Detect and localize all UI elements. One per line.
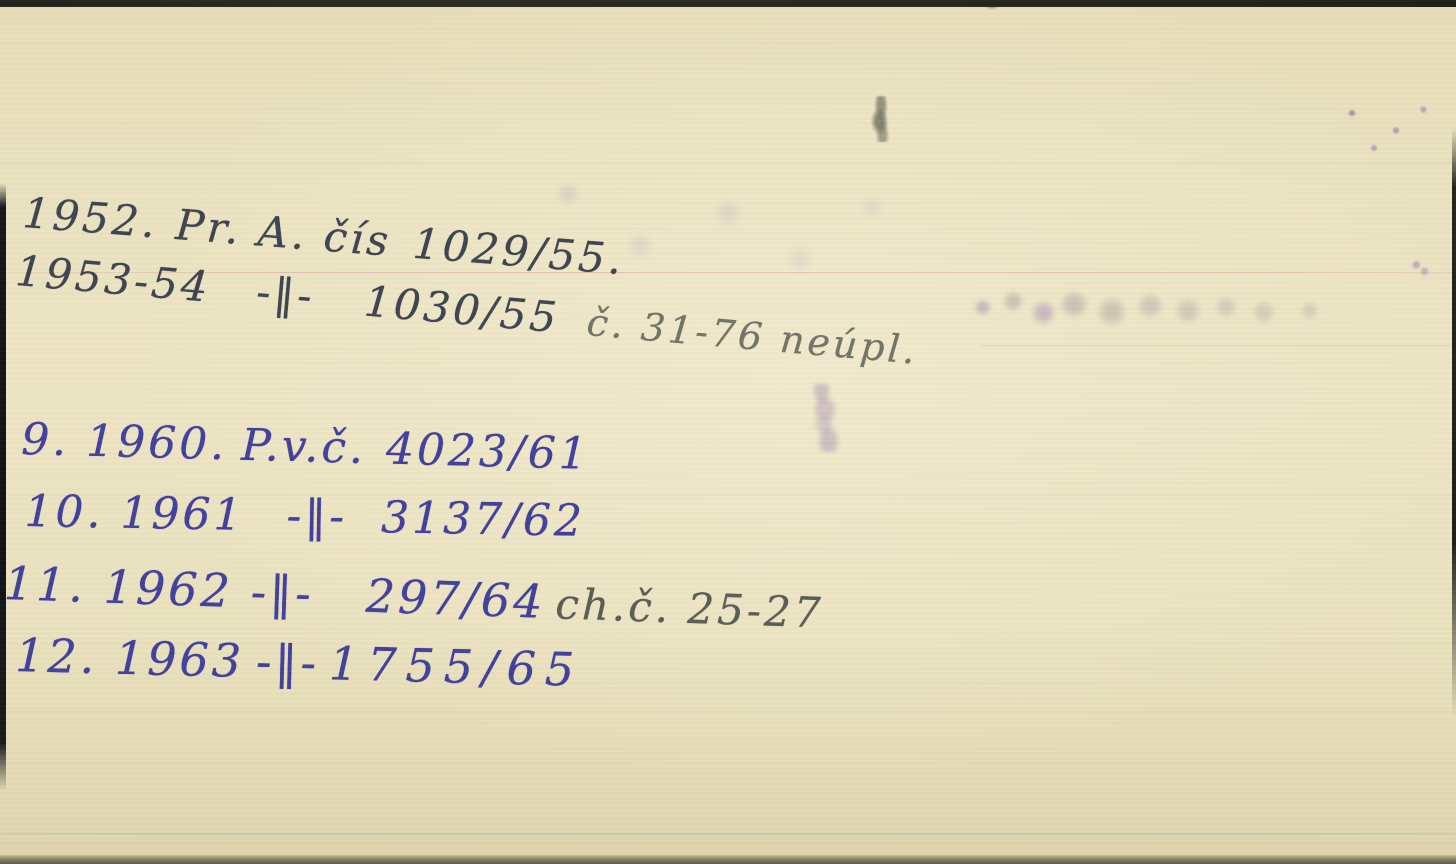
index-card-scan: 1952.Pr. A. čís1029/55. 1953-54-‖-1030/5… — [0, 0, 1456, 864]
entry-number: 1030/55 — [362, 276, 561, 342]
scan-edge-right — [1452, 128, 1456, 718]
entry-date: 1952. — [21, 188, 160, 247]
smeared-stamp-band — [960, 283, 1341, 334]
entry-date: 10. 1961 — [24, 486, 245, 541]
dark-ink-blot — [866, 96, 896, 142]
entry-date: 1953-54 — [14, 246, 213, 312]
teal-rule-line — [0, 833, 1456, 835]
ditto-mark: -‖- — [255, 634, 319, 690]
handwritten-entry: 11. 1962-‖-297/64ch.č. 25-27 — [3, 556, 824, 639]
entry-note: č. 31-76 neúpl. — [585, 300, 920, 373]
ditto-mark: -‖- — [254, 267, 316, 321]
entry-label: P.v.č. — [241, 420, 367, 474]
entry-number: 1029/55. — [411, 219, 626, 284]
entry-number: 1755/65 — [328, 636, 583, 697]
entry-number: 297/64 — [365, 569, 547, 629]
faint-rule-line — [0, 162, 1456, 163]
entry-date: 12. 1963 — [15, 628, 245, 688]
handwritten-entry: 10. 1961-‖-3137/62 — [24, 486, 585, 547]
handwritten-entry: 12. 1963-‖-1755/65 — [15, 628, 584, 697]
scan-edge-top — [0, 0, 1456, 7]
scan-edge-left — [0, 183, 6, 791]
entry-label: Pr. A. čís — [174, 200, 393, 266]
entry-number: 4023/61 — [385, 424, 590, 480]
purple-ink-smudge — [790, 384, 860, 452]
scan-edge-bottom — [0, 855, 1456, 864]
entry-number: 3137/62 — [381, 492, 586, 547]
faint-rule-line — [0, 711, 1456, 712]
small-purple-mark — [1405, 256, 1433, 278]
ditto-mark: -‖- — [250, 565, 315, 621]
entry-note: ch.č. 25-27 — [555, 579, 825, 637]
faint-rule-line — [980, 345, 1456, 346]
purple-ink-specks — [1330, 92, 1440, 162]
handwritten-entry: 9. 1960.P.v.č.4023/61 — [21, 414, 591, 480]
ditto-mark: -‖- — [286, 491, 348, 543]
entry-date: 9. 1960. — [21, 414, 228, 470]
entry-date: 11. 1962 — [3, 556, 234, 618]
